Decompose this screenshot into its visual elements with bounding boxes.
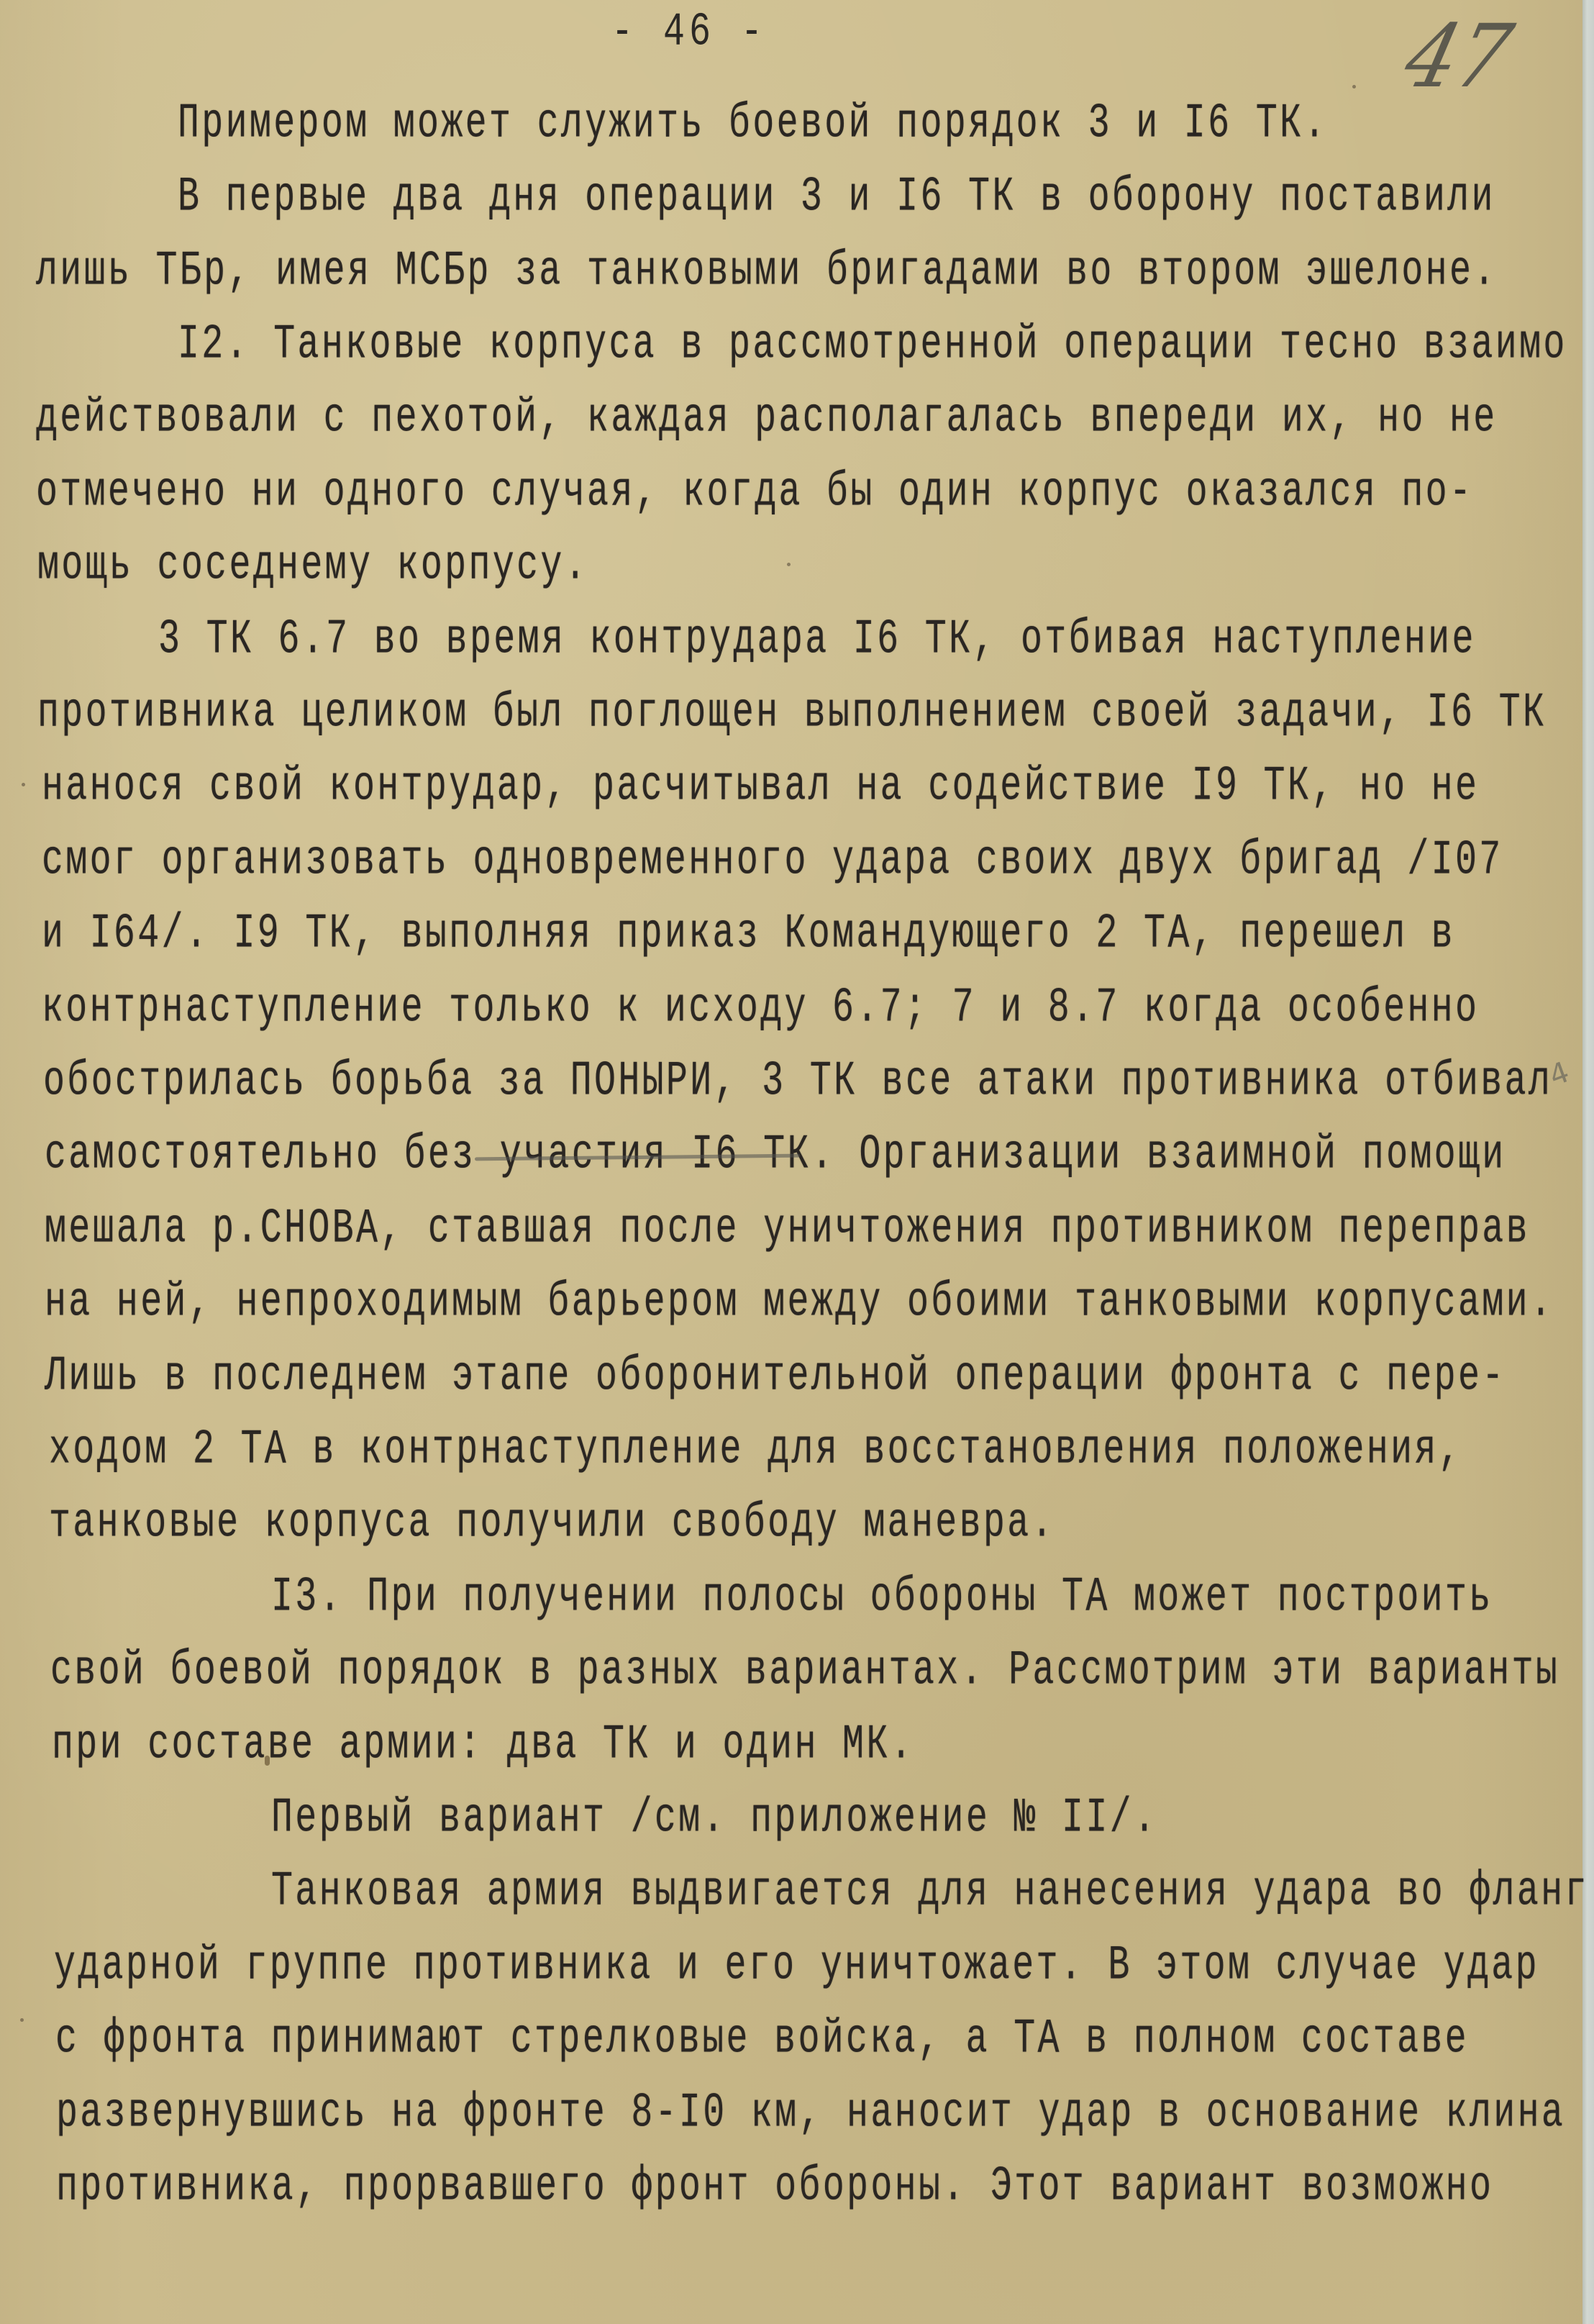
text-line: контрнаступление только к исходу 6.7; 7 … bbox=[42, 985, 1479, 1034]
text-line: В первые два дня операции 3 и I6 ТК в об… bbox=[178, 174, 1495, 223]
text-line: смог организовать одновременного удара с… bbox=[42, 838, 1503, 886]
text-line: лишь ТБр, имея МСБр за танковыми бригада… bbox=[36, 248, 1498, 297]
paper-speck bbox=[265, 1756, 270, 1766]
text-line: противника целиком был поглощен выполнен… bbox=[37, 690, 1547, 739]
paper-speck bbox=[20, 2018, 24, 2022]
text-line: нанося свой контрудар, расчитывал на сод… bbox=[42, 763, 1479, 812]
text-line: при составе армии: два ТК и один МК. bbox=[52, 1722, 914, 1771]
paper-speck bbox=[1352, 85, 1356, 88]
text-line: развернувшись на фронте 8-I0 км, наносит… bbox=[56, 2090, 1565, 2139]
text-line: обострилась борьба за ПОНЫРИ, 3 ТК все а… bbox=[43, 1058, 1552, 1107]
text-line: с фронта принимают стрелковые войска, а … bbox=[55, 2016, 1469, 2065]
scan-edge-strip bbox=[1582, 0, 1594, 2324]
paragraph-start-12: I2. Танковые корпуса в рассмотренной опе… bbox=[178, 322, 1567, 371]
text-line: и I64/. I9 ТК, выполняя приказ Командующ… bbox=[42, 911, 1455, 960]
text-line: отмечено ни одного случая, когда бы один… bbox=[36, 469, 1473, 518]
text-line: Лишь в последнем этапе оборонительной оп… bbox=[45, 1353, 1506, 1402]
text-line: Примером может служить боевой порядок 3 … bbox=[178, 101, 1328, 150]
text-line: Первый вариант /см. приложение № II/. bbox=[271, 1795, 1157, 1844]
text-line: свой боевой порядок в разных вариантах. … bbox=[50, 1648, 1559, 1697]
page-number: - 46 - bbox=[611, 6, 767, 59]
paper-speck bbox=[22, 783, 25, 786]
text-line: Танковая армия выдвигается для нанесения… bbox=[271, 1869, 1589, 1917]
text-line: действовали с пехотой, каждая располагал… bbox=[36, 395, 1498, 444]
text-line: танковые корпуса получили свободу маневр… bbox=[49, 1500, 1055, 1549]
text-line: противника, прорвавшего фронт обороны. Э… bbox=[56, 2164, 1493, 2212]
paper-speck bbox=[787, 563, 791, 566]
text-line: 3 ТК 6.7 во время контрудара I6 ТК, отби… bbox=[158, 617, 1476, 666]
text-line: мощь соседнему корпусу. bbox=[37, 543, 588, 591]
paragraph-start-13: I3. При получении полосы обороны ТА може… bbox=[271, 1574, 1493, 1623]
text-line: ходом 2 ТА в контрнаступление для восста… bbox=[49, 1427, 1462, 1476]
text-line: ударной группе противника и его уничтожа… bbox=[54, 1943, 1539, 1992]
text-line: мешала р.СНОВА, ставшая после уничтожени… bbox=[45, 1206, 1530, 1255]
text-line: на ней, непроходимым барьером между обои… bbox=[45, 1279, 1554, 1328]
